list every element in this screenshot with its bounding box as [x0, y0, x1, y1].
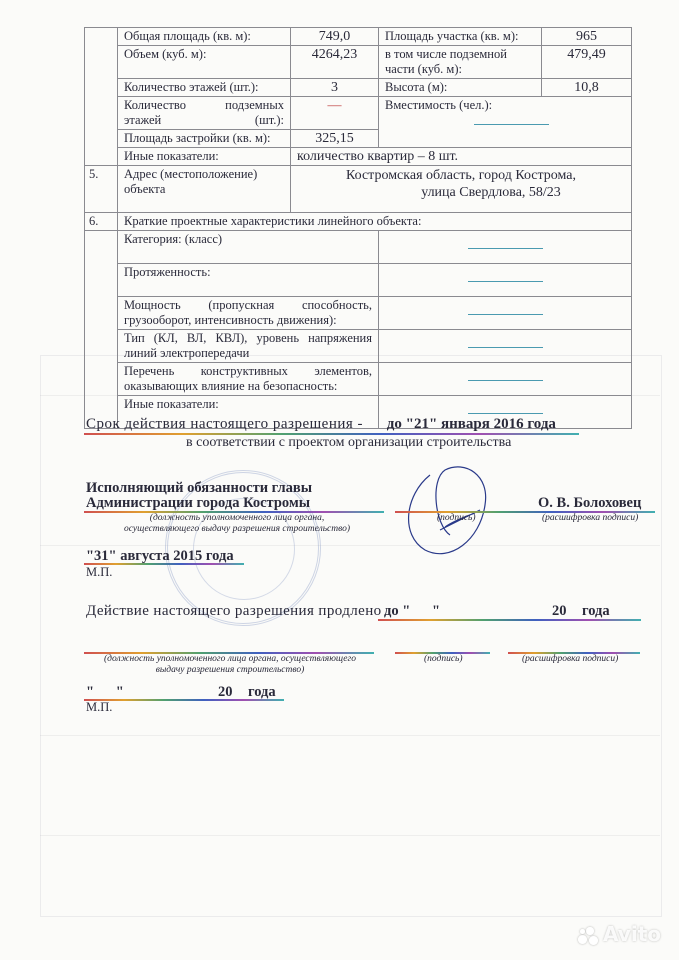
underline: [378, 619, 641, 621]
signature-scribble: [395, 455, 505, 565]
extension-text: Действие настоящего разрешения продлено: [86, 603, 382, 620]
label-capacity: Вместимость (чел.):: [385, 98, 492, 112]
section-6-title: Краткие проектные характеристики линейно…: [118, 213, 632, 231]
label-total-area: Общая площадь (кв. м):: [118, 28, 291, 46]
table-row: Общая площадь (кв. м): 749,0 Площадь уча…: [85, 28, 632, 46]
value-plot-area: 965: [542, 28, 632, 46]
table-row: Количество подземных этажей (шт.): — Вме…: [85, 97, 632, 130]
table-row: Перечень конструктивных элементов, оказы…: [85, 363, 632, 396]
blank-line: [468, 313, 543, 315]
label-volume: Объем (куб. м):: [118, 46, 291, 79]
bleed-through-line: [40, 735, 660, 736]
label-capacity-throughput: Мощность (пропускная способность, грузоо…: [118, 297, 379, 330]
label-building-area: Площадь застройки (кв. м):: [118, 130, 291, 148]
table-row: Протяженность:: [85, 264, 632, 297]
value-volume: 4264,23: [291, 46, 379, 79]
bleed-through-line: [40, 545, 660, 546]
extension-position-caption: (должность уполномоченного лица органа, …: [90, 654, 370, 676]
label-floors: Количество этажей (шт.):: [118, 79, 291, 97]
table-row: 6. Краткие проектные характеристики лине…: [85, 213, 632, 231]
label-underground-volume: в том числе подземной части (куб. м):: [379, 46, 542, 79]
blank-line: [474, 123, 549, 125]
table-row: 5. Адрес (местоположение) объекта Костро…: [85, 166, 632, 213]
validity-text: Срок действия настоящего разрешения -: [86, 416, 363, 432]
value-underground-volume: 479,49: [542, 46, 632, 79]
table-row: Тип (КЛ, ВЛ, КВЛ), уровень напряжения ли…: [85, 330, 632, 363]
value-building-area: 325,15: [291, 130, 379, 148]
table-row: Мощность (пропускная способность, грузоо…: [85, 297, 632, 330]
value-structural-elements: [379, 363, 632, 396]
value-height: 10,8: [542, 79, 632, 97]
name-caption: (расшифровка подписи): [542, 513, 638, 523]
value-other-indicators: количество квартир – 8 шт.: [291, 148, 632, 166]
value-total-area: 749,0: [291, 28, 379, 46]
value-underground-floors: —: [291, 97, 379, 130]
label-other-indicators: Иные показатели:: [118, 148, 291, 166]
extension-seal-mark: М.П.: [86, 700, 112, 715]
extension-signature-caption: (подпись): [424, 654, 463, 664]
value-category: [379, 231, 632, 264]
label-category: Категория: (класс): [118, 231, 379, 264]
capacity-cell: Вместимость (чел.):: [379, 97, 632, 148]
extension-year: 20: [552, 603, 567, 620]
signatory-position-line-2: Администрации города Костромы: [86, 495, 310, 512]
table-row: Объем (куб. м): 4264,23 в том числе подз…: [85, 46, 632, 79]
value-capacity-throughput: [379, 297, 632, 330]
blank-line: [468, 379, 543, 381]
label-power-line-type: Тип (КЛ, ВЛ, КВЛ), уровень напряжения ли…: [118, 330, 379, 363]
avito-brand-text: Avito: [603, 922, 661, 946]
blank-line: [468, 412, 543, 414]
validity-basis: в соответствии с проектом организации ст…: [186, 435, 511, 451]
extension-year-suffix: года: [582, 603, 610, 620]
address-cell: Костромская область, город Кострома, ули…: [291, 166, 632, 213]
characteristics-table: Общая площадь (кв. м): 749,0 Площадь уча…: [84, 27, 632, 429]
blank-line: [468, 280, 543, 282]
signature-caption: (подпись): [437, 513, 476, 523]
signatory-position-caption: (должность уполномоченного лица органа, …: [117, 513, 357, 535]
table-row: Иные показатели: количество квартир – 8 …: [85, 148, 632, 166]
value-floors: 3: [291, 79, 379, 97]
validity-statement: Срок действия настоящего разрешения - до…: [86, 416, 556, 433]
avito-logo-icon: [578, 927, 600, 945]
section-number: 5.: [85, 166, 118, 213]
value-power-line-type: [379, 330, 632, 363]
section-number: 6.: [85, 213, 118, 231]
extension-name-caption: (расшифровка подписи): [522, 654, 618, 664]
bleed-through-line: [40, 835, 660, 836]
table-row: Количество этажей (шт.): 3 Высота (м): 1…: [85, 79, 632, 97]
extension-until: до " ": [384, 603, 440, 620]
label-underground-floors: Количество подземных этажей (шт.):: [118, 97, 291, 130]
address-line-1: Костромская область, город Кострома,: [297, 167, 625, 184]
value-length: [379, 264, 632, 297]
validity-until: до "21" января 2016 года: [387, 416, 556, 432]
label-plot-area: Площадь участка (кв. м):: [379, 28, 542, 46]
blank-line: [468, 247, 543, 249]
blank-line: [468, 346, 543, 348]
label-height: Высота (м):: [379, 79, 542, 97]
signatory-name: О. В. Болоховец: [538, 495, 641, 512]
underline: [84, 699, 284, 701]
table-row: Категория: (класс): [85, 231, 632, 264]
label-structural-elements: Перечень конструктивных элементов, оказы…: [118, 363, 379, 396]
label-address: Адрес (местоположение) объекта: [118, 166, 291, 213]
avito-watermark: Avito: [578, 922, 661, 946]
seal-mark: М.П.: [86, 565, 112, 580]
address-line-2: улица Свердлова, 58/23: [297, 184, 625, 201]
label-length: Протяженность:: [118, 264, 379, 297]
